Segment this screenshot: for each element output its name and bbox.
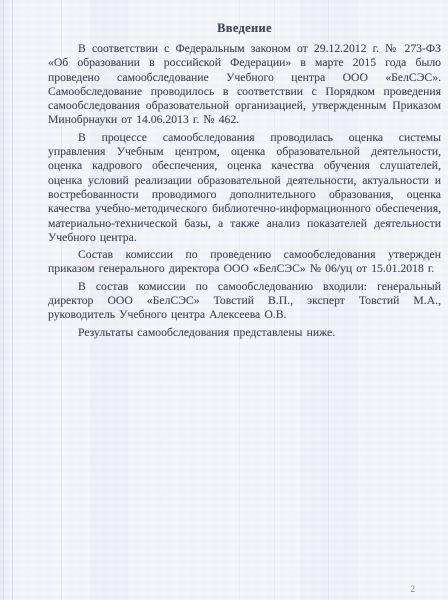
page-number: 2 bbox=[411, 584, 416, 594]
paragraph-assessment-scope: В процессе самообследования проводилась … bbox=[48, 131, 441, 245]
page-edge-shadow bbox=[0, 0, 13, 600]
scanned-document-page: Введение В соответствии с Федеральным за… bbox=[0, 0, 448, 600]
paragraph-results-note: Результаты самообследования представлены… bbox=[48, 326, 441, 340]
document-title: Введение bbox=[48, 21, 441, 36]
paragraph-commission-members: В состав комиссии по самообследованию вх… bbox=[48, 280, 441, 323]
document-body: Введение В соответствии с Федеральным за… bbox=[48, 21, 441, 343]
paragraph-intro-law: В соответствии с Федеральным законом от … bbox=[48, 42, 441, 128]
paragraph-commission-order: Состав комиссии по проведению самообслед… bbox=[48, 248, 441, 277]
